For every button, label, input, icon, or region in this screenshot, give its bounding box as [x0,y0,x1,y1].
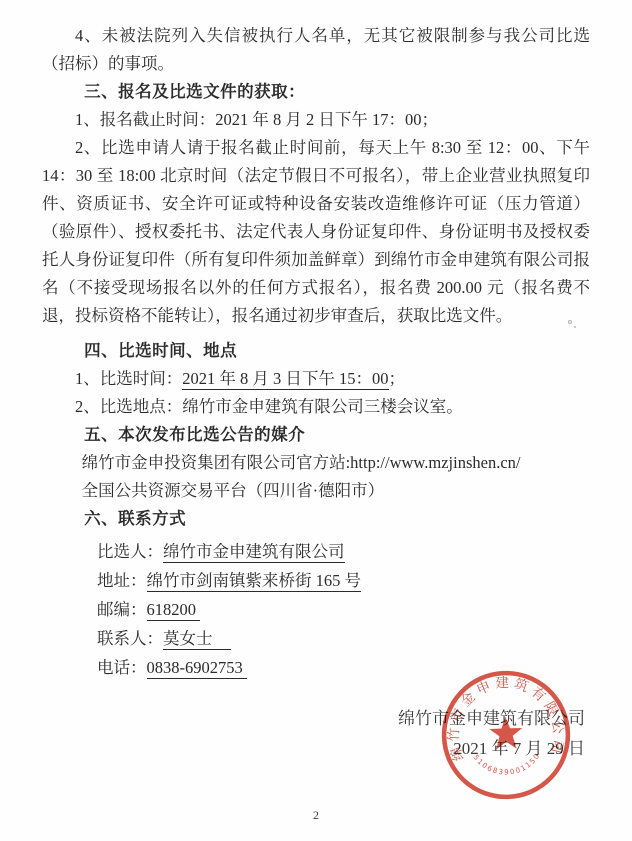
contact-label: 电话： [97,658,147,677]
contact-value: 618200 [147,600,201,621]
contact-label: 联系人： [97,629,163,648]
company-seal-stamp-icon: 绵竹市金申建筑有限公司 5106839001150 [435,664,578,807]
page-number: 2 [0,808,632,823]
section-4-item-2: 2、比选地点：绵竹市金申建筑有限公司三楼会议室。 [42,393,590,421]
contact-value: 莫女士 [163,629,231,650]
contact-list: 比选人：绵竹市金申建筑有限公司 地址：绵竹市剑南镇紫来桥街 165 号 邮编：6… [97,537,590,682]
seal-star-icon [489,716,523,749]
bid-time-suffix: ； [389,369,406,388]
seal-code-text: 5106839001150 [471,751,542,778]
section-3-item-2: 2、比选申请人请于报名截止时间前，每天上午 8:30 至 12：00、下午 14… [42,134,590,330]
document-page: 4、未被法院列入失信被执行人名单，无其它被限制参与我公司比选（招标）的事项。 三… [0,0,632,841]
contact-value: 绵竹市剑南镇紫来桥街 165 号 [147,571,362,592]
contact-row-bidder: 比选人：绵竹市金申建筑有限公司 [97,537,590,566]
paragraph-qualification-item-4: 4、未被法院列入失信被执行人名单，无其它被限制参与我公司比选（招标）的事项。 [42,22,590,78]
contact-value: 0838-6902753 [147,658,247,679]
scan-artifact-speck [574,326,576,328]
document-body: 4、未被法院列入失信被执行人名单，无其它被限制参与我公司比选（招标）的事项。 三… [42,22,590,682]
contact-row-person: 联系人：莫女士 [97,624,590,653]
scan-artifact-speck [568,320,572,324]
contact-row-postcode: 邮编：618200 [97,595,590,624]
contact-label: 邮编： [97,600,147,619]
bid-time-label: 1、比选时间： [75,369,182,388]
media-line-public-platform: 全国公共资源交易平台（四川省·德阳市） [42,477,590,505]
section-3-heading: 三、报名及比选文件的获取： [42,78,590,106]
contact-value: 绵竹市金申建筑有限公司 [163,542,345,563]
bid-time-value: 2021 年 8 月 3 日下午 15：00 [182,369,388,390]
section-3-item-1: 1、报名截止时间：2021 年 8 月 2 日下午 17：00； [42,106,590,134]
media-line-official-site: 绵竹市金申投资集团有限公司官方站:http://www.mzjinshen.cn… [42,449,590,477]
section-5-heading: 五、本次发布比选公告的媒介 [42,421,590,449]
contact-row-address: 地址：绵竹市剑南镇紫来桥街 165 号 [97,566,590,595]
section-6-heading: 六、联系方式 [42,505,590,533]
contact-label: 比选人： [97,542,163,561]
section-4-heading: 四、比选时间、地点 [42,337,590,365]
contact-label: 地址： [97,571,147,590]
section-4-item-1: 1、比选时间：2021 年 8 月 3 日下午 15：00； [42,365,590,393]
